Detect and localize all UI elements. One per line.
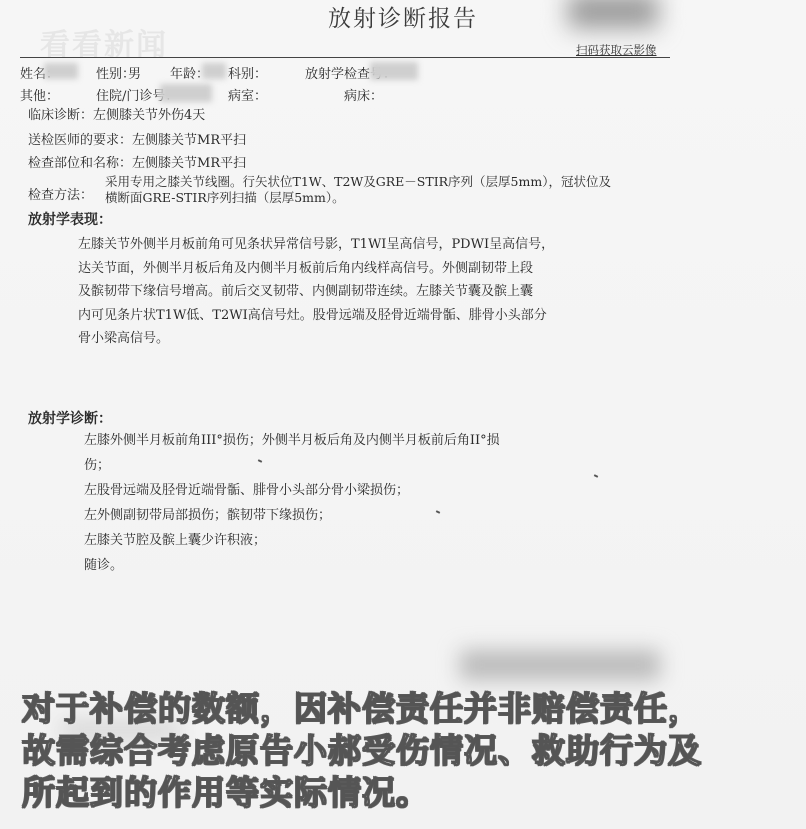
- physician-request-value: 左侧膝关节MR平扫: [132, 133, 246, 148]
- findings-line: 左膝关节外侧半月板前角可见条状异常信号影，T1WI呈高信号，PDWI呈高信号，: [78, 233, 554, 257]
- clinical-diagnosis: 临床诊断：左侧膝关节外伤4天: [28, 104, 205, 128]
- physician-request-label: 送检医师的要求：: [28, 133, 132, 148]
- inpatient-no-redacted: [160, 84, 212, 102]
- findings-line: 达关节面，外侧半月板后角及内侧半月板前后角内线样高信号。外侧副韧带上段: [78, 257, 554, 281]
- findings-line: 内可见条片状T1W低、T2WI高信号灶。股骨远端及胫骨近端骨骺、腓骨小头部分: [78, 304, 554, 328]
- subtitle-line: 故需综合考虑原告小郝受伤情况、救助行为及: [22, 730, 702, 772]
- exam-site: 检查部位和名称：左侧膝关节MR平扫: [28, 152, 246, 176]
- video-subtitle: 对于补偿的数额，因补偿责任并非赔偿责任， 故需综合考虑原告小郝受伤情况、救助行为…: [22, 688, 702, 814]
- exam-method-line: 采用专用之膝关节线圈。行矢状位T1W、T2W及GRE－STIR序列（层厚5mm）…: [105, 174, 611, 190]
- findings-line: 骨小梁高信号。: [78, 327, 554, 351]
- redacted-footer: [460, 650, 660, 680]
- department-label: 科别：: [228, 63, 267, 82]
- clinical-diagnosis-value: 左侧膝关节外伤4天: [93, 108, 205, 123]
- impression-line: 伤；: [84, 453, 500, 478]
- physician-request: 送检医师的要求：左侧膝关节MR平扫: [28, 129, 246, 153]
- report-title: 放射诊断报告: [0, 0, 806, 33]
- impression-line: 随诊。: [84, 553, 500, 578]
- exam-method-text: 采用专用之膝关节线圈。行矢状位T1W、T2W及GRE－STIR序列（层厚5mm）…: [105, 174, 611, 206]
- ward-label: 病室：: [228, 85, 267, 104]
- clinical-diagnosis-label: 临床诊断：: [28, 108, 93, 123]
- impression-line: 左膝关节腔及髌上囊少许积液；: [84, 528, 500, 553]
- exam-site-label: 检查部位和名称：: [28, 156, 132, 171]
- impression-line: 左膝外侧半月板前角III°损伤；外侧半月板后角及内侧半月板前后角II°损: [84, 428, 500, 453]
- gender-value: 男: [128, 63, 141, 82]
- impression-line: 左股骨远端及胫骨近端骨骺、腓骨小头部分骨小梁损伤；: [84, 478, 500, 503]
- exam-method-label: 检查方法：: [28, 184, 93, 203]
- impression-line: 左外侧副韧带局部损伤；髌韧带下缘损伤；: [84, 503, 500, 528]
- name-redacted: [44, 63, 78, 79]
- impression-heading: 放射学诊断：: [28, 408, 112, 428]
- subtitle-line: 对于补偿的数额，因补偿责任并非赔偿责任，: [22, 688, 702, 730]
- exam-method-line: 横断面GRE-STIR序列扫描（层厚5mm）。: [105, 190, 611, 206]
- exam-no-redacted: [370, 62, 418, 80]
- exam-site-value: 左侧膝关节MR平扫: [132, 156, 246, 171]
- findings-text: 左膝关节外侧半月板前角可见条状异常信号影，T1WI呈高信号，PDWI呈高信号， …: [78, 233, 554, 351]
- header-divider: [20, 57, 670, 58]
- age-redacted: [202, 63, 226, 79]
- bed-label: 病床：: [344, 85, 383, 104]
- scan-speck: [594, 474, 598, 478]
- subtitle-line: 所起到的作用等实际情况。: [22, 772, 702, 814]
- scan-cloud-image-link: 扫码获取云影像: [576, 42, 657, 58]
- findings-line: 及髌韧带下缘信号增高。前后交叉韧带、内侧副韧带连续。左膝关节囊及髌上囊: [78, 280, 554, 304]
- other-label: 其他：: [20, 85, 59, 104]
- report-document: 看看新闻 放射诊断报告 扫码获取云影像 姓名： 性别： 男 年龄： 科别： 放射…: [0, 0, 806, 829]
- impression-text: 左膝外侧半月板前角III°损伤；外侧半月板后角及内侧半月板前后角II°损 伤； …: [84, 428, 500, 578]
- findings-heading: 放射学表现：: [28, 209, 112, 229]
